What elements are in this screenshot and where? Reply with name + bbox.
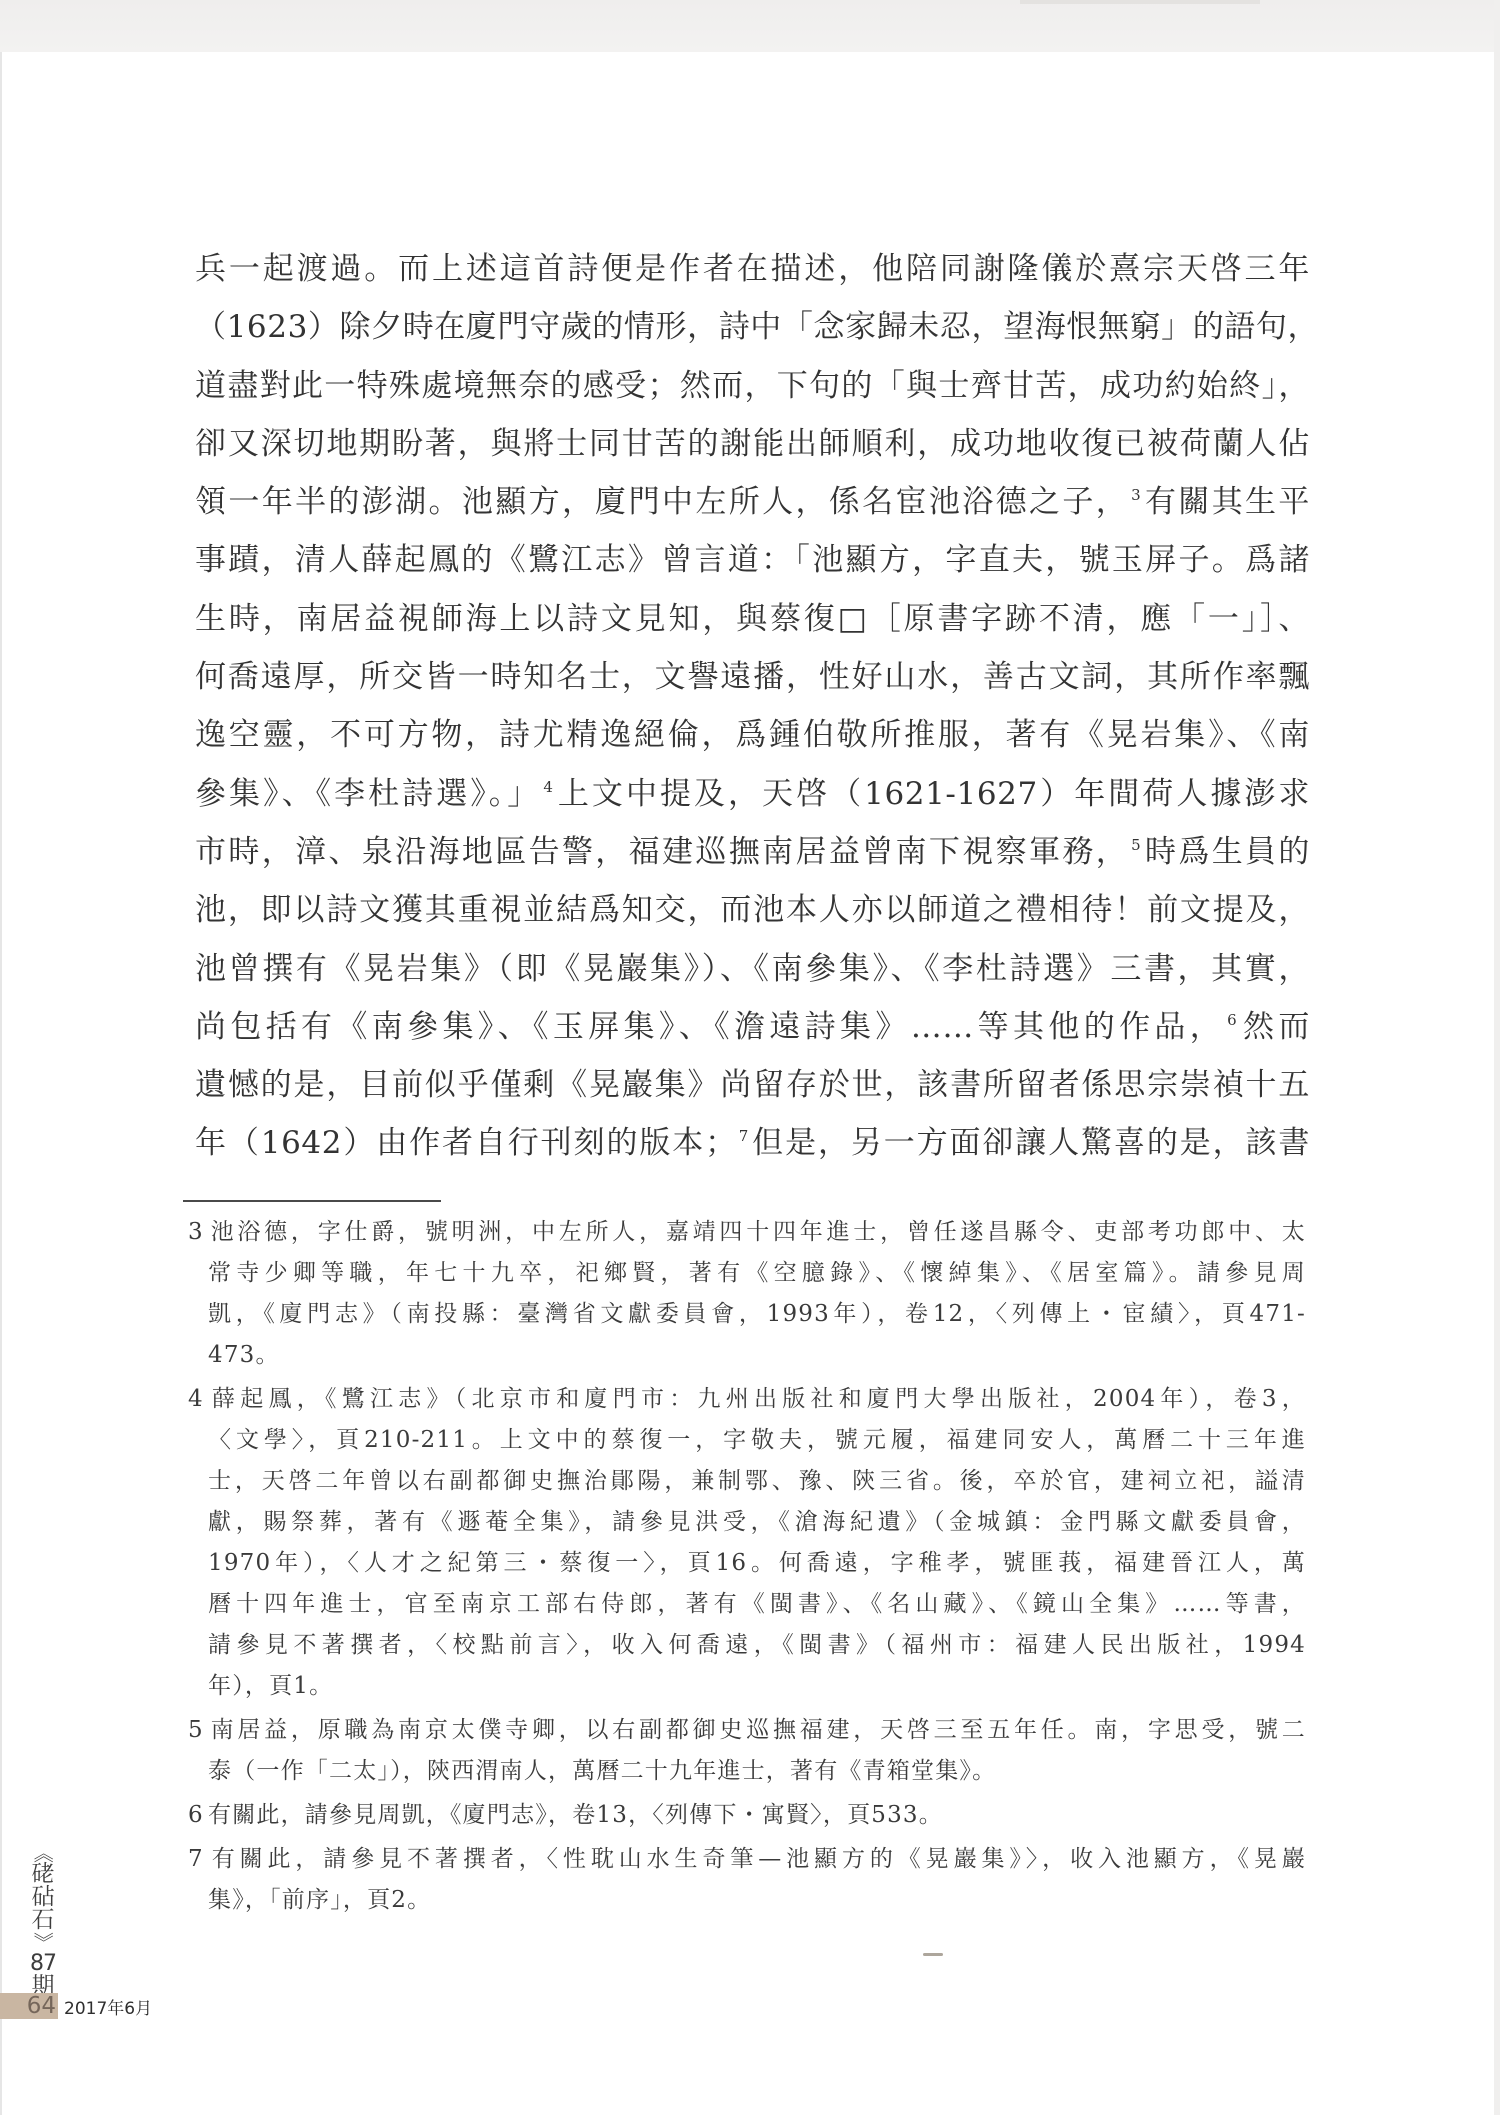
body-text-segment: 但是，另一方面卻讓人驚喜的是，該書	[751, 1125, 1310, 1161]
footnote-line: 〈文學〉，頁210-211。上文中的蔡復一，字敬夫，號元履，福建同安人，萬曆二十…	[188, 1420, 1306, 1461]
footnote-number: 5	[188, 1710, 208, 1751]
footnote-line: 集》，「前序」，頁2。	[188, 1880, 1306, 1921]
scan-artifact	[923, 1953, 943, 1956]
footnote-line: 年），頁1。	[188, 1666, 1306, 1707]
footnote-number: 3	[188, 1212, 208, 1253]
footnote-line: 3池浴德，字仕爵，號明洲，中左所人，嘉靖四十四年進士，曾任遂昌縣令、吏部考功郎中…	[188, 1212, 1306, 1253]
page-number: 64	[0, 1993, 58, 2019]
body-text-segment: 逸空靈，不可方物，詩尤精逸絕倫，爲鍾伯敬所推服，著有《晃岩集》、《南	[195, 717, 1310, 753]
body-text-segment: 時爲生員的	[1143, 834, 1310, 870]
body-line: （1623）除夕時在廈門守歲的情形，詩中「念家歸未忍，望海恨無窮」的語句，	[195, 298, 1310, 356]
footnote-4: 4薛起鳳，《鷺江志》（北京市和廈門市：九州出版社和廈門大學出版社，2004年），…	[188, 1379, 1306, 1707]
footnote-3: 3池浴德，字仕爵，號明洲，中左所人，嘉靖四十四年進士，曾任遂昌縣令、吏部考功郎中…	[188, 1212, 1306, 1376]
issue-date: 2017年6月	[64, 1994, 152, 2019]
body-text-segment: 然而	[1239, 1009, 1310, 1045]
main-body-text: 兵一起渡過。而上述這首詩便是作者在描述，他陪同謝隆儀於熹宗天啓三年（1623）除…	[195, 240, 1310, 1173]
body-line: 池，即以詩文獲其重視並結爲知交，而池本人亦以師道之禮相待！前文提及，	[195, 881, 1310, 939]
footnote-text: 池浴德，字仕爵，號明洲，中左所人，嘉靖四十四年進士，曾任遂昌縣令、吏部考功郎中、…	[208, 1219, 1306, 1245]
footnote-text: 有關此，請參見周凱，《廈門志》，卷13，〈列傳下・寓賢〉，頁533。	[208, 1802, 943, 1828]
body-line: 兵一起渡過。而上述這首詩便是作者在描述，他陪同謝隆儀於熹宗天啓三年	[195, 240, 1310, 298]
magazine-title-char: 87	[30, 1952, 56, 1975]
body-text-segment: 生時，南居益視師海上以詩文見知，與蔡復□［原書字跡不清，應「一」］、	[195, 601, 1310, 637]
footnote-ref: 7	[739, 1127, 749, 1145]
footnote-text: 集》，「前序」，頁2。	[208, 1887, 431, 1913]
body-text-segment: 池曾撰有《晃岩集》（即《晃巖集》）、《南參集》、《李杜詩選》三書，其實，	[195, 951, 1310, 987]
footnote-text: 泰（一作「二太」），陝西渭南人，萬曆二十九年進士，著有《青箱堂集》。	[208, 1758, 996, 1784]
body-line: 何喬遠厚，所交皆一時知名士，文譽遠播，性好山水，善古文詞，其所作率飄	[195, 648, 1310, 706]
body-text-segment: 何喬遠厚，所交皆一時知名士，文譽遠播，性好山水，善古文詞，其所作率飄	[195, 659, 1310, 695]
footnote-text: 年），頁1。	[208, 1673, 333, 1699]
body-text-segment: 參集》、《李杜詩選》。」	[195, 776, 541, 812]
scan-top-mark	[1020, 0, 1260, 4]
footnote-text: 南居益，原職為南京太僕寺卿，以右副都御史巡撫福建，天啓三至五年任。南，字思受，號…	[208, 1717, 1306, 1743]
footnote-line: 常寺少卿等職，年七十九卒，祀鄉賢，著有《空臆錄》、《懷綽集》、《居室篇》。請參見…	[188, 1253, 1306, 1294]
magazine-title-char: 砧	[30, 1886, 56, 1909]
footnote-text: 薛起鳳，《鷺江志》（北京市和廈門市：九州出版社和廈門大學出版社，2004年），卷…	[208, 1386, 1306, 1412]
footnote-text: 曆十四年進士，官至南京工部右侍郎，著有《閩書》、《名山藏》、《鏡山全集》……等書…	[208, 1591, 1306, 1617]
body-line: 參集》、《李杜詩選》。」4上文中提及，天啓（1621-1627）年間荷人據澎求	[195, 765, 1310, 823]
footnote-text: 常寺少卿等職，年七十九卒，祀鄉賢，著有《空臆錄》、《懷綽集》、《居室篇》。請參見…	[208, 1260, 1306, 1286]
footnote-text: 473。	[208, 1342, 280, 1368]
footnote-line: 士，天啓二年曾以右副都御史撫治鄖陽，兼制鄂、豫、陝三省。後，卒於官，建祠立祀，謚…	[188, 1461, 1306, 1502]
footnote-line: 7有關此，請參見不著撰者，〈性耽山水生奇筆—池顯方的《晃巖集》〉，收入池顯方，《…	[188, 1839, 1306, 1880]
footnote-line: 獻，賜祭葬，著有《遯菴全集》，請參見洪受，《滄海紀遺》（金城鎮：金門縣文獻委員會…	[188, 1502, 1306, 1543]
page-left-edge	[0, 52, 2, 2115]
body-line: 道盡對此一特殊處境無奈的感受；然而，下句的「與士齊甘苦，成功約始終」，	[195, 357, 1310, 415]
body-text-segment: 兵一起渡過。而上述這首詩便是作者在描述，他陪同謝隆儀於熹宗天啓三年	[195, 251, 1310, 287]
body-line: 尚包括有《南參集》、《玉屏集》、《澹遠詩集》……等其他的作品，6然而	[195, 998, 1310, 1056]
body-line: 生時，南居益視師海上以詩文見知，與蔡復□［原書字跡不清，應「一」］、	[195, 590, 1310, 648]
footnote-line: 凱，《廈門志》（南投縣：臺灣省文獻委員會，1993年），卷12，〈列傳上・宦績〉…	[188, 1294, 1306, 1335]
footnote-ref: 5	[1131, 836, 1141, 854]
body-line: 領一年半的澎湖。池顯方，廈門中左所人，係名宦池浴德之子，3有關其生平	[195, 473, 1310, 531]
footnote-line: 5南居益，原職為南京太僕寺卿，以右副都御史巡撫福建，天啓三至五年任。南，字思受，…	[188, 1710, 1306, 1751]
footnote-text: 1970年），〈人才之紀第三・蔡復一〉，頁16。何喬遠，字稚孝，號匪莪，福建晉江…	[208, 1550, 1306, 1576]
body-text-segment: 卻又深切地期盼著，與將士同甘苦的謝能出師順利，成功地收復已被荷蘭人佔	[195, 426, 1310, 462]
body-text-segment: 領一年半的澎湖。池顯方，廈門中左所人，係名宦池浴德之子，	[195, 484, 1129, 520]
body-text-segment: 有關其生平	[1143, 484, 1310, 520]
footnote-line: 曆十四年進士，官至南京工部右侍郎，著有《閩書》、《名山藏》、《鏡山全集》……等書…	[188, 1584, 1306, 1625]
body-line: 年（1642）由作者自行刊刻的版本；7但是，另一方面卻讓人驚喜的是，該書	[195, 1114, 1310, 1172]
footnote-line: 請參見不著撰者，〈校點前言〉，收入何喬遠，《閩書》（福州市：福建人民出版社，19…	[188, 1625, 1306, 1666]
body-text-segment: 事蹟，清人薛起鳳的《鷺江志》曾言道：「池顯方，字直夫，號玉屏子。爲諸	[195, 542, 1310, 578]
body-line: 遺憾的是，目前似乎僅剩《晃巖集》尚留存於世，該書所留者係思宗崇禎十五	[195, 1056, 1310, 1114]
footnote-ref: 6	[1227, 1011, 1237, 1029]
body-line: 市時，漳、泉沿海地區告警，福建巡撫南居益曾南下視察軍務，5時爲生員的	[195, 823, 1310, 881]
footnote-5: 5南居益，原職為南京太僕寺卿，以右副都御史巡撫福建，天啓三至五年任。南，字思受，…	[188, 1710, 1306, 1792]
body-line: 逸空靈，不可方物，詩尤精逸絕倫，爲鍾伯敬所推服，著有《晃岩集》、《南	[195, 706, 1310, 764]
footnotes-section: 3池浴德，字仕爵，號明洲，中左所人，嘉靖四十四年進士，曾任遂昌縣令、吏部考功郎中…	[188, 1212, 1306, 1924]
body-text-segment: 尚包括有《南參集》、《玉屏集》、《澹遠詩集》……等其他的作品，	[195, 1009, 1225, 1045]
footnote-line: 1970年），〈人才之紀第三・蔡復一〉，頁16。何喬遠，字稚孝，號匪莪，福建晉江…	[188, 1543, 1306, 1584]
footnote-text: 〈文學〉，頁210-211。上文中的蔡復一，字敬夫，號元履，福建同安人，萬曆二十…	[208, 1427, 1306, 1453]
body-line: 事蹟，清人薛起鳳的《鷺江志》曾言道：「池顯方，字直夫，號玉屏子。爲諸	[195, 531, 1310, 589]
body-line: 卻又深切地期盼著，與將士同甘苦的謝能出師順利，成功地收復已被荷蘭人佔	[195, 415, 1310, 473]
footnote-number: 4	[188, 1379, 208, 1420]
footnote-line: 泰（一作「二太」），陝西渭南人，萬曆二十九年進士，著有《青箱堂集》。	[188, 1751, 1306, 1792]
footnote-ref: 3	[1131, 486, 1141, 504]
footnote-number: 6	[188, 1795, 208, 1836]
footnote-text: 有關此，請參見不著撰者，〈性耽山水生奇筆—池顯方的《晃巖集》〉，收入池顯方，《晃…	[208, 1846, 1306, 1872]
footnote-text: 獻，賜祭葬，著有《遯菴全集》，請參見洪受，《滄海紀遺》（金城鎮：金門縣文獻委員會…	[208, 1509, 1306, 1535]
footnote-text: 請參見不著撰者，〈校點前言〉，收入何喬遠，《閩書》（福州市：福建人民出版社，19…	[208, 1632, 1306, 1658]
footnote-number: 7	[188, 1839, 208, 1880]
magazine-title-vertical: 《硓砧石》87期	[30, 1843, 56, 1998]
body-text-segment: 年（1642）由作者自行刊刻的版本；	[195, 1125, 737, 1161]
body-text-segment: 池，即以詩文獲其重視並結爲知交，而池本人亦以師道之禮相待！前文提及，	[195, 892, 1310, 928]
body-text-segment: （1623）除夕時在廈門守歲的情形，詩中「念家歸未忍，望海恨無窮」的語句，	[195, 309, 1319, 345]
footnote-line: 4薛起鳳，《鷺江志》（北京市和廈門市：九州出版社和廈門大學出版社，2004年），…	[188, 1379, 1306, 1420]
magazine-title-char: 》	[33, 1929, 53, 1955]
footnote-text: 凱，《廈門志》（南投縣：臺灣省文獻委員會，1993年），卷12，〈列傳上・宦績〉…	[208, 1301, 1306, 1327]
scan-top-band	[0, 0, 1500, 52]
body-text-segment: 上文中提及，天啓（1621-1627）年間荷人據澎求	[555, 776, 1310, 812]
body-text-segment: 道盡對此一特殊處境無奈的感受；然而，下句的「與士齊甘苦，成功約始終」，	[195, 368, 1310, 404]
body-text-segment: 市時，漳、泉沿海地區告警，福建巡撫南居益曾南下視察軍務，	[195, 834, 1129, 870]
magazine-title-char: 《	[33, 1840, 53, 1866]
body-line: 池曾撰有《晃岩集》（即《晃巖集》）、《南參集》、《李杜詩選》三書，其實，	[195, 940, 1310, 998]
footnote-6: 6有關此，請參見周凱，《廈門志》，卷13，〈列傳下・寓賢〉，頁533。	[188, 1795, 1306, 1836]
footnote-line: 473。	[188, 1335, 1306, 1376]
page-footer: 64 2017年6月	[0, 1993, 152, 2019]
page-right-edge	[1494, 0, 1500, 2115]
magazine-title-char: 硓	[30, 1863, 56, 1886]
footnote-7: 7有關此，請參見不著撰者，〈性耽山水生奇筆—池顯方的《晃巖集》〉，收入池顯方，《…	[188, 1839, 1306, 1921]
footnote-text: 士，天啓二年曾以右副都御史撫治鄖陽，兼制鄂、豫、陝三省。後，卒於官，建祠立祀，謚…	[208, 1468, 1306, 1494]
body-text-segment: 遺憾的是，目前似乎僅剩《晃巖集》尚留存於世，該書所留者係思宗崇禎十五	[195, 1067, 1310, 1103]
footnote-separator	[183, 1200, 441, 1202]
footnote-ref: 4	[543, 778, 553, 796]
footnote-line: 6有關此，請參見周凱，《廈門志》，卷13，〈列傳下・寓賢〉，頁533。	[188, 1795, 1306, 1836]
